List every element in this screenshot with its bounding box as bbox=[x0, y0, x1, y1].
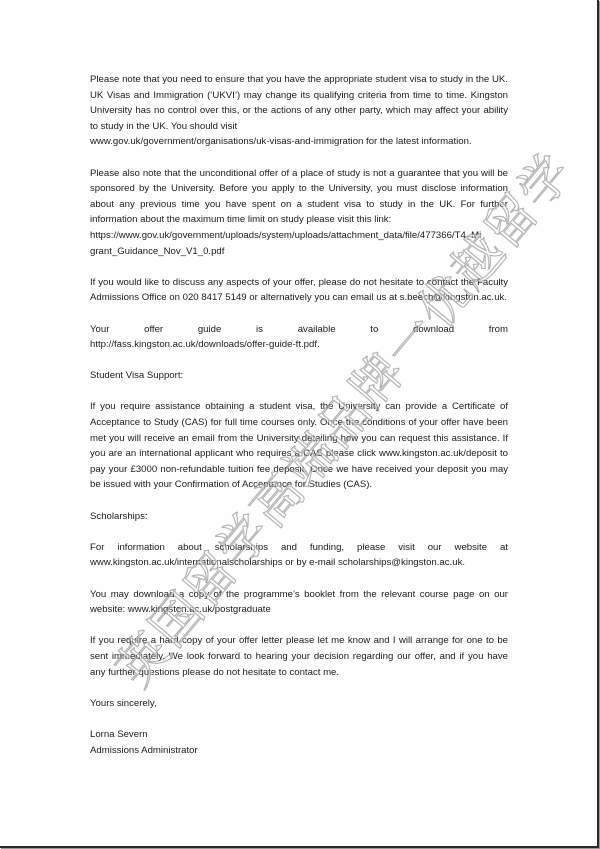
signatory-name: Lorna Severn bbox=[90, 727, 508, 743]
paragraph-text: For information about scholarships and f… bbox=[90, 540, 508, 556]
paragraph-tail: for the latest information. bbox=[363, 136, 471, 147]
deposit-link[interactable]: www.kingston.ac.uk/deposit bbox=[379, 448, 497, 459]
paragraph-scholarships: For information about scholarships and f… bbox=[90, 540, 508, 571]
signature-block: Lorna Severn Admissions Administrator bbox=[90, 727, 508, 758]
paragraph-tail: . bbox=[504, 292, 507, 303]
offer-guide-link[interactable]: http://fass.kingston.ac.uk/downloads/off… bbox=[90, 339, 317, 350]
paragraph-sponsorship-notice: Please also note that the unconditional … bbox=[90, 166, 508, 260]
paragraph-booklet: You may download a copy of the programme… bbox=[90, 587, 508, 618]
paragraph-contact: If you would like to discuss any aspects… bbox=[90, 275, 508, 306]
paragraph-cas: If you require assistance obtaining a st… bbox=[90, 399, 508, 493]
closing-salutation: Yours sincerely, bbox=[90, 696, 508, 712]
paragraph-offer-guide: Your offer guide is available to downloa… bbox=[90, 322, 508, 353]
paragraph-visa-requirement: Please note that you need to ensure that… bbox=[90, 72, 508, 150]
heading-scholarships: Scholarships: bbox=[90, 509, 508, 525]
paragraph-mid: or by e-mail bbox=[283, 557, 338, 568]
ukvi-link[interactable]: www.gov.uk/government/organisations/uk-v… bbox=[90, 136, 363, 147]
heading-student-visa-support: Student Visa Support: bbox=[90, 368, 508, 384]
paragraph-tail: . bbox=[462, 557, 465, 568]
admissions-email-link[interactable]: s.beech@kingston.ac.uk bbox=[400, 292, 505, 303]
postgraduate-link[interactable]: www.kingston.ac.uk/postgraduate bbox=[128, 604, 271, 615]
paragraph-tail: . bbox=[317, 339, 320, 350]
link-line-1: https://www.gov.uk/government/uploads/sy… bbox=[90, 228, 508, 244]
migrant-guidance-link[interactable]: https://www.gov.uk/government/uploads/sy… bbox=[90, 228, 508, 259]
paragraph-text: Please also note that the unconditional … bbox=[90, 168, 508, 226]
paragraph-text: Please note that you need to ensure that… bbox=[90, 74, 508, 132]
paragraph-hard-copy: If you require a hard copy of your offer… bbox=[90, 633, 508, 680]
link-line-2: grant_Guidance_Nov_V1_0.pdf bbox=[90, 244, 508, 260]
document-page: Please note that you need to ensure that… bbox=[0, 0, 599, 848]
scholarships-link[interactable]: www.kingston.ac.uk/internationalscholars… bbox=[90, 557, 283, 568]
scholarships-email-link[interactable]: scholarships@kingston.ac.uk bbox=[338, 557, 462, 568]
letter-body: Please note that you need to ensure that… bbox=[90, 72, 508, 758]
paragraph-text: Your offer guide is available to downloa… bbox=[90, 322, 508, 338]
signatory-title: Admissions Administrator bbox=[90, 743, 508, 759]
